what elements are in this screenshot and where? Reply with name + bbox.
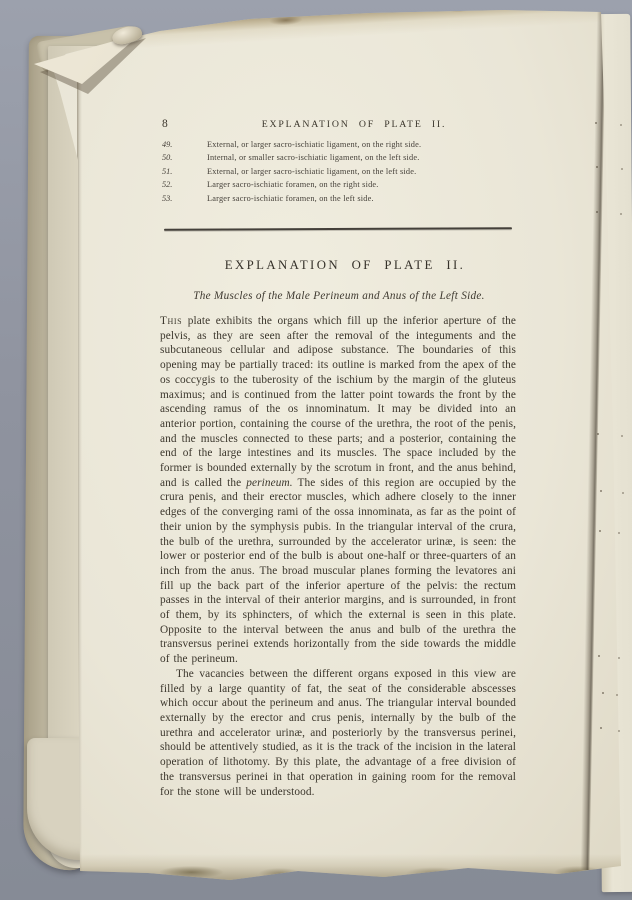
paragraph-segment-smallcaps: This (160, 315, 182, 327)
body-text: This plate exhibits the organs which fil… (160, 314, 516, 799)
bottom-edge-stain (70, 854, 622, 880)
figure-key-description: Larger sacro-ischiatic foramen, on the r… (207, 180, 379, 189)
figure-key-number: 52. (162, 180, 172, 189)
figure-key-description: Larger sacro-ischiatic foramen, on the l… (207, 194, 374, 203)
paragraph-segment-normal: The vacancies between the different orga… (160, 668, 516, 798)
figure-key: 49.External, or larger sacro-ischiatic l… (160, 140, 518, 207)
figure-key-row: 52.Larger sacro-ischiatic foramen, on th… (160, 180, 518, 193)
figure-key-number: 51. (162, 167, 172, 176)
section-divider-rule (164, 227, 512, 231)
printed-content: 8 EXPLANATION OF PLATE II. 49.External, … (160, 118, 518, 818)
stitch-marks (0, 0, 2, 2)
page-number: 8 (162, 118, 168, 130)
section-subtitle: The Muscles of the Male Perineum and Anu… (160, 290, 518, 302)
figure-key-row: 51.External, or larger sacro-ischiatic l… (160, 167, 518, 180)
figure-key-number: 53. (162, 194, 172, 203)
paragraph: This plate exhibits the organs which fil… (160, 314, 516, 667)
figure-key-description: External, or larger sacro-ischiatic liga… (207, 140, 421, 149)
page-right-crease (580, 10, 606, 870)
figure-key-row: 53.Larger sacro-ischiatic foramen, on th… (160, 194, 518, 207)
paragraph: The vacancies between the different orga… (160, 667, 516, 799)
figure-key-description: Internal, or smaller sacro-ischiatic lig… (207, 153, 420, 162)
section-title: EXPLANATION OF PLATE II. (180, 258, 510, 273)
book-page: Plate I 8 EXPLANATION OF PLATE II. 49.Ex… (0, 0, 632, 900)
paragraph-segment-normal: The sides of this region are occupied by… (160, 477, 516, 665)
paragraph-segment-italic: perineum. (246, 477, 292, 489)
figure-key-row: 49.External, or larger sacro-ischiatic l… (160, 140, 518, 153)
scanned-book-photo: { "document": { "page_number": "8", "run… (0, 0, 632, 900)
running-header: EXPLANATION OF PLATE II. (190, 119, 518, 130)
figure-key-row: 50.Internal, or smaller sacro-ischiatic … (160, 153, 518, 166)
paragraph-segment-normal: plate exhibits the organs which fill up … (160, 315, 516, 489)
page-header: 8 EXPLANATION OF PLATE II. (160, 118, 518, 134)
figure-key-number: 50. (162, 153, 172, 162)
figure-key-number: 49. (162, 140, 172, 149)
figure-key-description: External, or larger sacro-ischiatic liga… (207, 167, 416, 176)
